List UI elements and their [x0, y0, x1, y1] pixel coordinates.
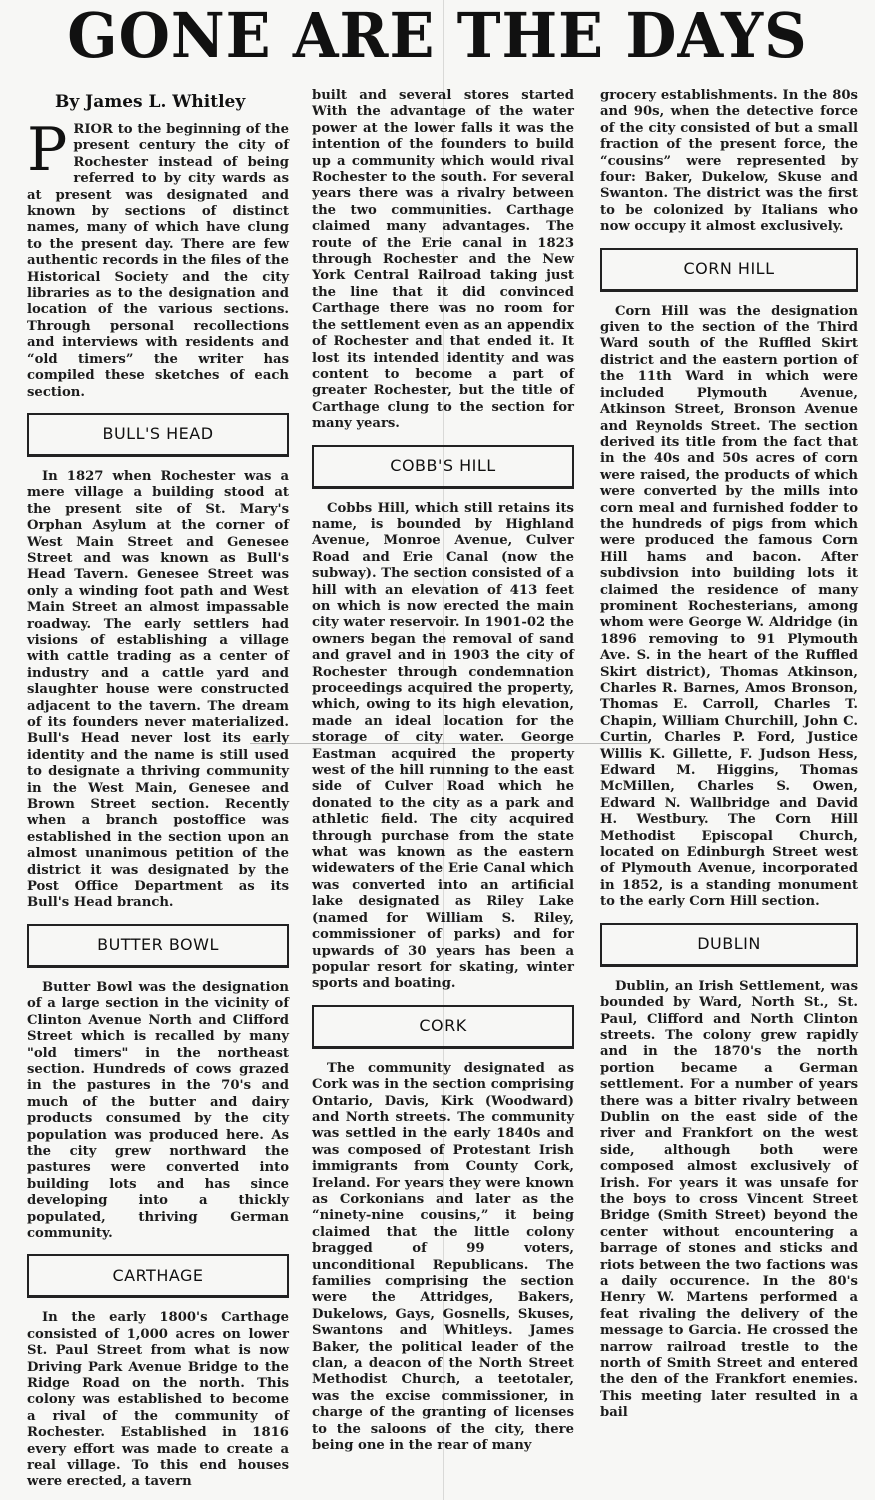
column-1: By James L. Whitley P RIOR to the beginn…	[27, 88, 289, 1491]
column-2: built and several stores started With th…	[312, 88, 574, 1454]
section-header-corn-hill: CORN HILL	[600, 248, 858, 292]
section-header-dublin: DUBLIN	[600, 923, 858, 967]
section-header-carthage: CARTHAGE	[27, 1254, 289, 1298]
section-body-carthage-part1: In the early 1800's Carthage consisted o…	[27, 1310, 289, 1490]
drop-cap: P	[27, 126, 67, 174]
section-header-cork: CORK	[312, 1005, 574, 1049]
section-header-cobbs-hill: COBB'S HILL	[312, 445, 574, 489]
section-body-cork-part1: The community designated as Cork was in …	[312, 1061, 574, 1455]
section-header-bulls-head: BULL'S HEAD	[27, 413, 289, 457]
section-body-carthage-part2: built and several stores started With th…	[312, 88, 574, 433]
section-header-butter-bowl: BUTTER BOWL	[27, 924, 289, 968]
column-3: grocery establishments. In the 80s and 9…	[600, 88, 858, 1422]
intro-paragraph: P RIOR to the beginning of the present c…	[27, 122, 289, 401]
byline: By James L. Whitley	[27, 92, 289, 112]
section-body-butter-bowl: Butter Bowl was the designation of a lar…	[27, 980, 289, 1243]
headline: GONE ARE THE DAYS	[22, 0, 853, 72]
section-body-corn-hill: Corn Hill was the designation given to t…	[600, 304, 858, 911]
section-body-cork-part2: grocery establishments. In the 80s and 9…	[600, 88, 858, 236]
section-body-cobbs-hill: Cobbs Hill, which still retains its name…	[312, 501, 574, 993]
section-body-bulls-head: In 1827 when Rochester was a mere villag…	[27, 469, 289, 912]
section-body-dublin: Dublin, an Irish Settlement, was bounded…	[600, 979, 858, 1422]
